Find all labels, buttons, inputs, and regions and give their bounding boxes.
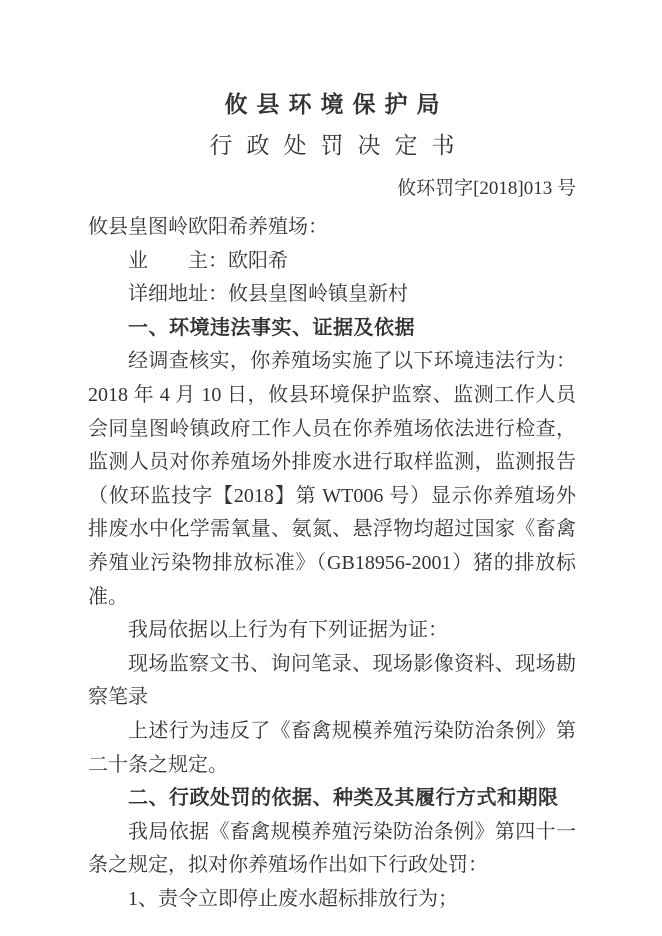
addressee-line: 攸县皇图岭欧阳希养殖场：: [88, 211, 576, 245]
penalty-decision-document: 攸县环境保护局 行政处罚决定书 攸环罚字[2018]013 号 攸县皇图岭欧阳希…: [0, 0, 662, 936]
evidence-list-paragraph: 现场监察文书、询问笔录、现场影像资料、现场勘察笔录: [88, 648, 576, 715]
section1-heading: 一、环境违法事实、证据及依据: [88, 312, 576, 346]
penalty-item1-paragraph: 1、责令立即停止废水超标排放行为；: [88, 883, 576, 917]
doc-number: 攸环罚字[2018]013 号: [88, 177, 576, 201]
evidence-intro-paragraph: 我局依据以上行为有下列证据为证：: [88, 614, 576, 648]
document-body: 攸县皇图岭欧阳希养殖场： 业 主：欧阳希 详细地址：攸县皇图岭镇皇新村 一、环境…: [88, 211, 576, 916]
section2-heading: 二、行政处罚的依据、种类及其履行方式和期限: [88, 782, 576, 816]
org-title: 攸县环境保护局: [88, 92, 576, 118]
owner-line: 业 主：欧阳希: [88, 245, 576, 279]
violation-paragraph: 上述行为违反了《畜禽规模养殖污染防治条例》第二十条之规定。: [88, 715, 576, 782]
investigation-paragraph: 经调查核实，你养殖场实施了以下环境违法行为：2018 年 4 月 10 日，攸县…: [88, 345, 576, 614]
doc-title: 行政处罚决定书: [88, 133, 576, 159]
penalty-basis-paragraph: 我局依据《畜禽规模养殖污染防治条例》第四十一条之规定，拟对你养殖场作出如下行政处…: [88, 816, 576, 883]
address-line: 详细地址：攸县皇图岭镇皇新村: [88, 278, 576, 312]
